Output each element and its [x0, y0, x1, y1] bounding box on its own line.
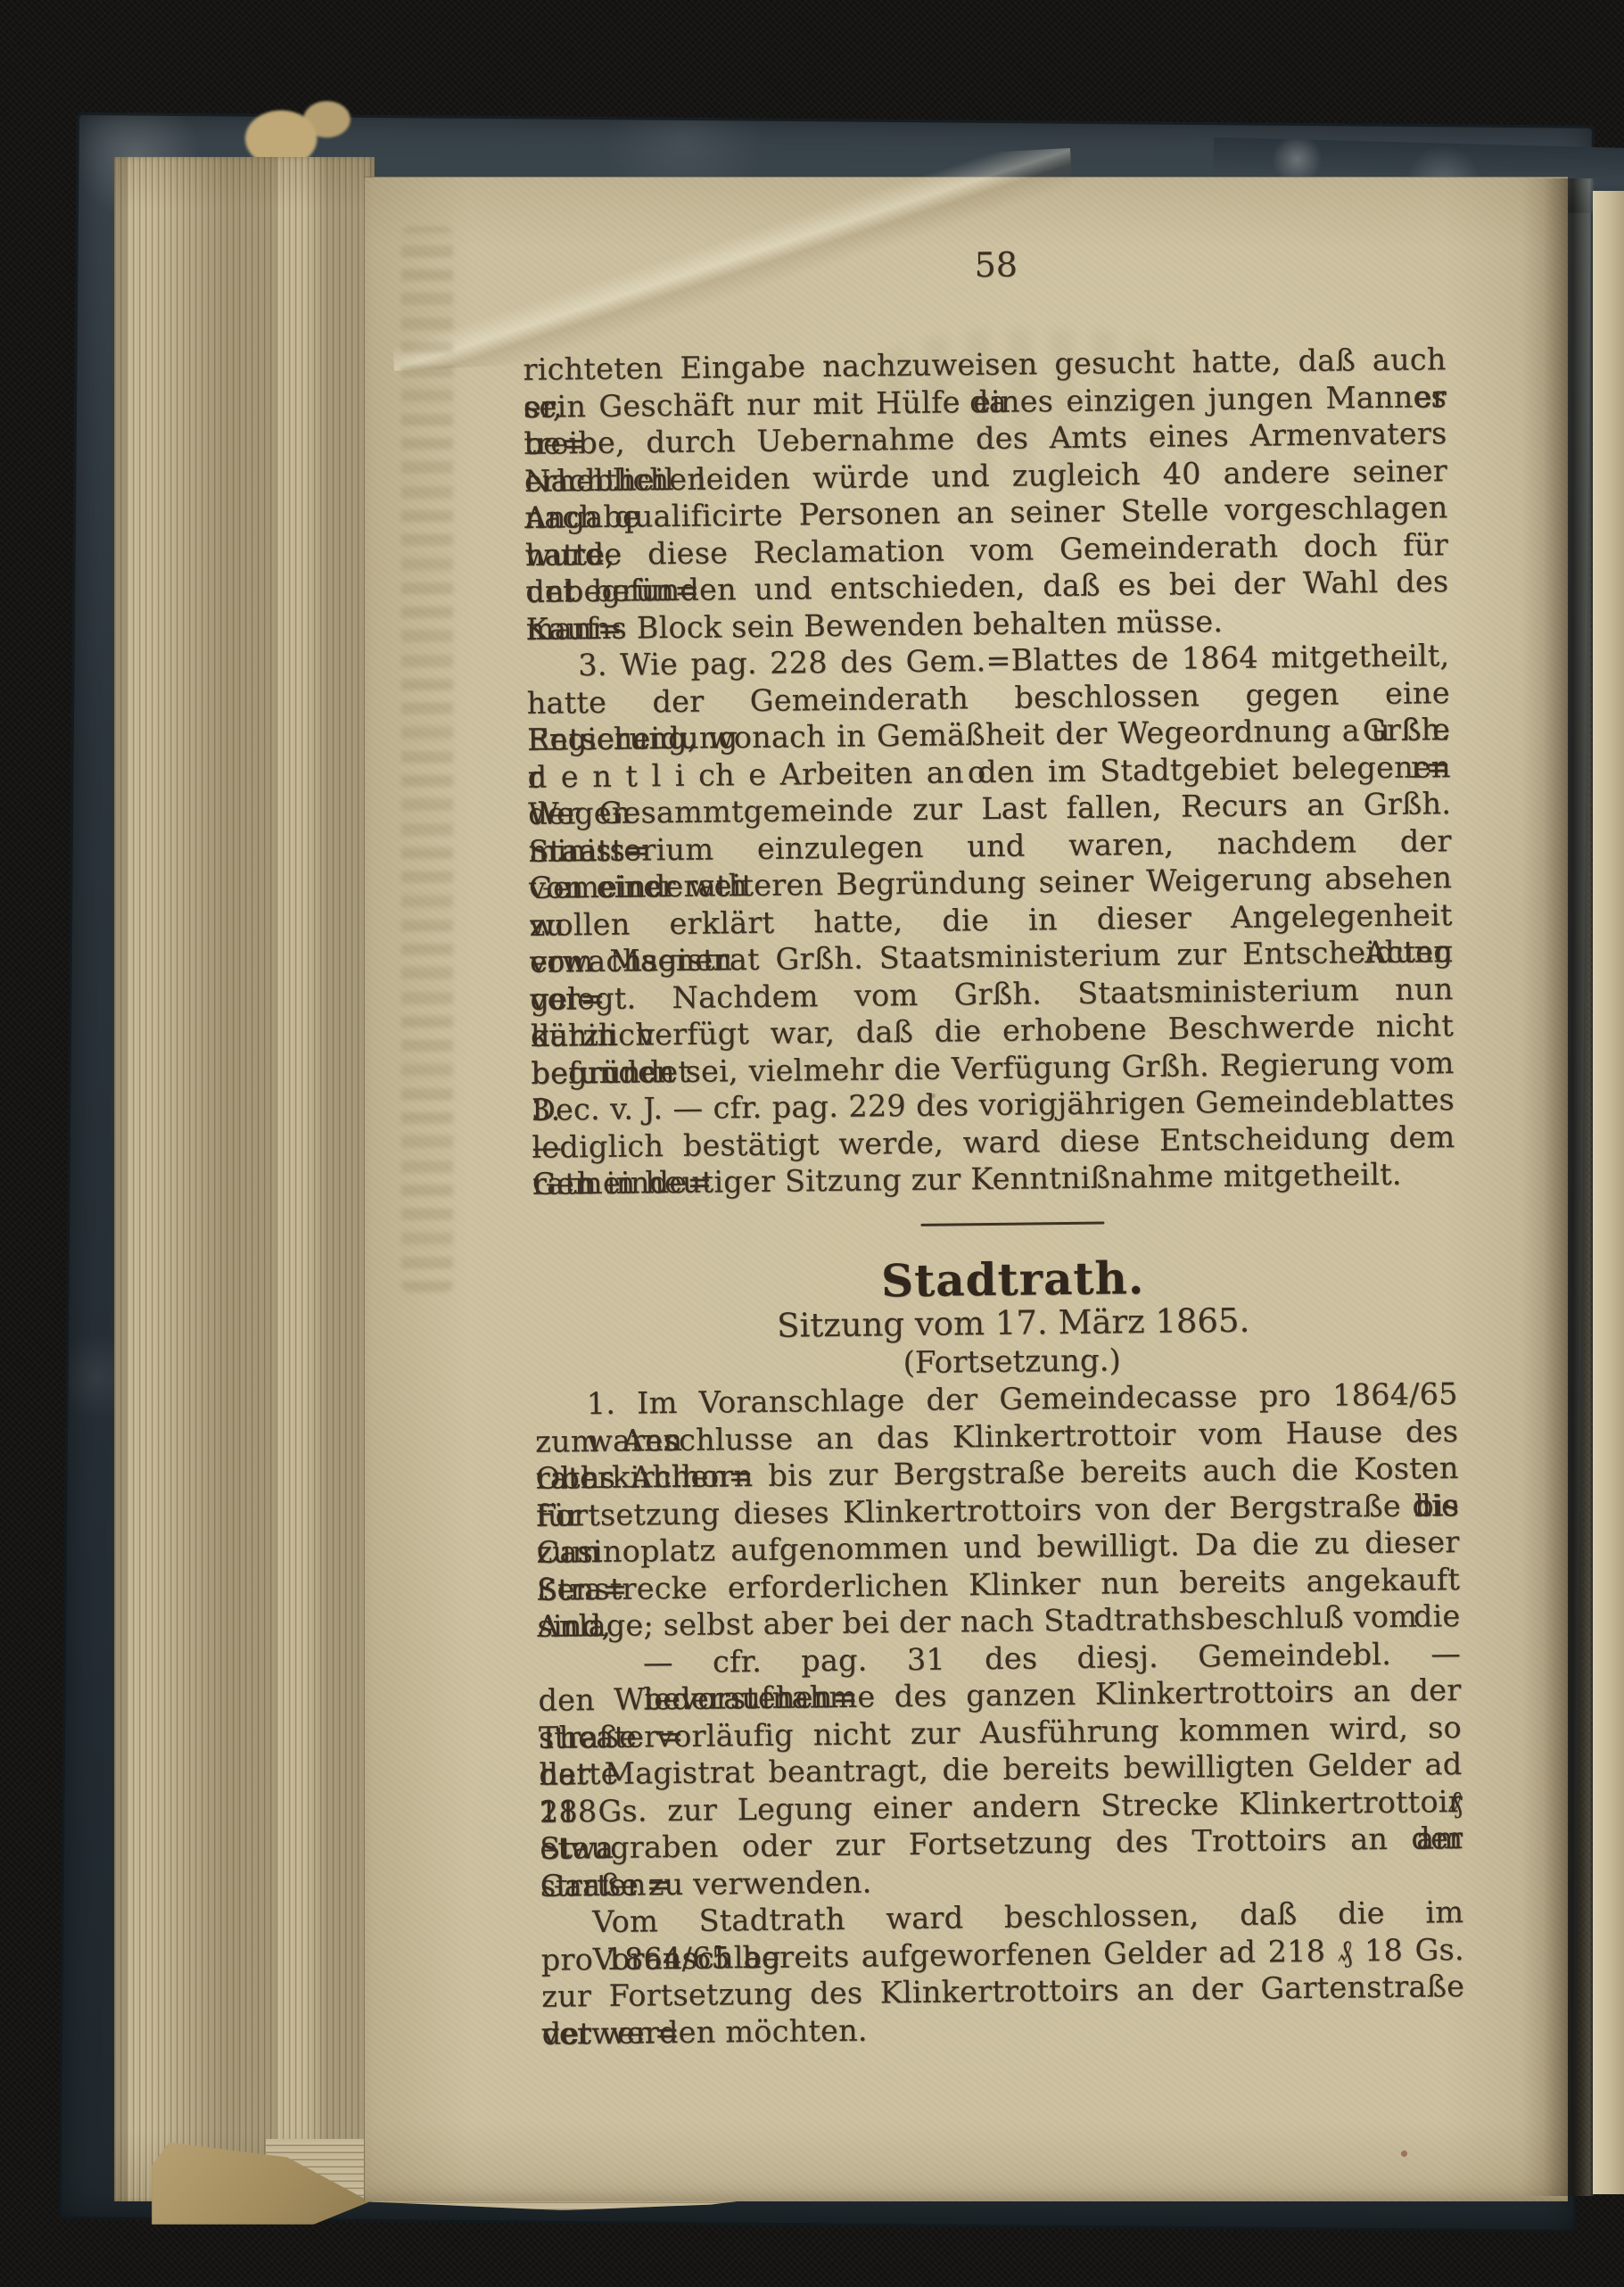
page-edges-left: [114, 157, 375, 2201]
section-divider: [920, 1221, 1104, 1226]
gutter-shadow: [1521, 178, 1595, 2196]
adjacent-page: [1593, 191, 1624, 2194]
bleed-through-ghost-margin: [401, 227, 453, 1292]
body-text: 58richteten Eingabe nachzuweisen gesucht…: [522, 241, 1465, 2052]
foxing-spot: [1401, 2151, 1407, 2157]
book-scan: 58richteten Eingabe nachzuweisen gesucht…: [0, 0, 1624, 2287]
